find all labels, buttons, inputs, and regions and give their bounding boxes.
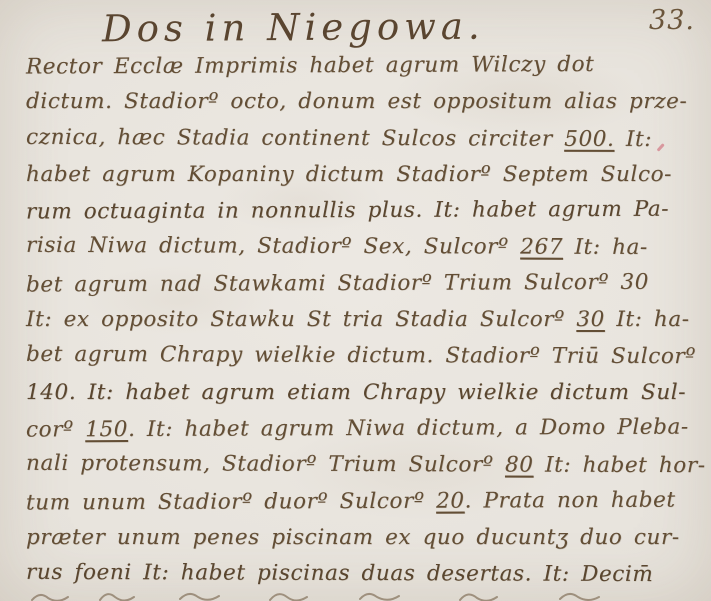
text-segment: nali protensum, Stadiorº Trium Sulcorº bbox=[26, 451, 505, 478]
text-segment: It: ex opposito Stawku St tria Stadia Su… bbox=[26, 307, 576, 332]
manuscript-line: tum unum Stadiorº duorº Sulcorº 20. Prat… bbox=[26, 487, 701, 526]
underlined-number: 30 bbox=[576, 307, 605, 332]
manuscript-line: rum octuaginta in nonnullis plus. It: ha… bbox=[26, 197, 701, 236]
text-segment: rum octuaginta in nonnullis plus. It: ha… bbox=[26, 197, 669, 225]
text-segment: It: bbox=[614, 126, 652, 151]
manuscript-line: bet agrum nad Stawkami Stadiorº Trium Su… bbox=[26, 269, 701, 308]
underlined-number: 500. bbox=[564, 126, 614, 151]
underlined-number: 267 bbox=[520, 235, 563, 260]
text-segment: It: ha- bbox=[605, 307, 690, 332]
text-segment: præter unum penes piscinam ex quo ducunt… bbox=[26, 525, 680, 550]
text-segment: habet agrum Kopaniny dictum Stadiorº Sep… bbox=[26, 162, 672, 187]
manuscript-line: Rector Ecclæ Imprimis habet agrum Wilczy… bbox=[26, 52, 701, 91]
text-segment: It: ha- bbox=[563, 235, 648, 260]
manuscript-lines: Rector Ecclæ Imprimis habet agrum Wilczy… bbox=[26, 53, 701, 597]
manuscript-line: præter unum penes piscinam ex quo ducunt… bbox=[26, 525, 701, 561]
text-segment: 140. It: habet agrum etiam Chrapy wielki… bbox=[26, 380, 686, 405]
manuscript-title: Dos in Niegowa. bbox=[102, 5, 485, 51]
manuscript-page: 33. Dos in Niegowa. Rector Ecclæ Imprimi… bbox=[0, 0, 711, 601]
text-segment: corº bbox=[26, 417, 85, 442]
text-segment: It: habet hor- bbox=[534, 453, 706, 479]
text-segment: dictum. Stadiorº octo, donum est opposit… bbox=[26, 89, 687, 114]
manuscript-line: nali protensum, Stadiorº Trium Sulcorº 8… bbox=[26, 451, 701, 490]
page-number: 33. bbox=[649, 5, 695, 36]
underlined-number: 80 bbox=[505, 453, 534, 478]
text-segment: . Prata non habet bbox=[465, 487, 676, 513]
text-segment: . It: habet agrum Niwa dictum, a Domo Pl… bbox=[128, 415, 689, 442]
manuscript-line: habet agrum Kopaniny dictum Stadiorº Sep… bbox=[26, 162, 701, 198]
text-segment: risia Niwa dictum, Stadiorº Sex, Sulcorº bbox=[26, 233, 520, 260]
manuscript-line: cznica, hæc Stadia continent Sulcos circ… bbox=[26, 124, 701, 163]
manuscript-line: risia Niwa dictum, Stadiorº Sex, Sulcorº… bbox=[26, 233, 701, 272]
text-segment: cznica, hæc Stadia continent Sulcos circ… bbox=[26, 124, 564, 151]
manuscript-line: dictum. Stadiorº octo, donum est opposit… bbox=[26, 89, 701, 125]
underlined-number: 150 bbox=[85, 417, 128, 442]
manuscript-line: bet agrum Chrapy wielkie dictum. Stadior… bbox=[26, 342, 701, 381]
manuscript-line: It: ex opposito Stawku St tria Stadia Su… bbox=[26, 307, 701, 343]
manuscript-line: corº 150. It: habet agrum Niwa dictum, a… bbox=[26, 414, 701, 453]
text-segment: bet agrum nad Stawkami Stadiorº Trium Su… bbox=[26, 270, 649, 298]
partial-line-strokes bbox=[30, 590, 650, 601]
manuscript-line: 140. It: habet agrum etiam Chrapy wielki… bbox=[26, 380, 701, 416]
text-segment: rus foeni It: habet piscinas duas desert… bbox=[26, 560, 653, 587]
underlined-number: 20 bbox=[436, 488, 465, 513]
text-segment: Rector Ecclæ Imprimis habet agrum Wilczy… bbox=[26, 52, 595, 79]
text-segment: tum unum Stadiorº duorº Sulcorº bbox=[26, 488, 436, 515]
text-segment: bet agrum Chrapy wielkie dictum. Stadior… bbox=[26, 342, 696, 369]
